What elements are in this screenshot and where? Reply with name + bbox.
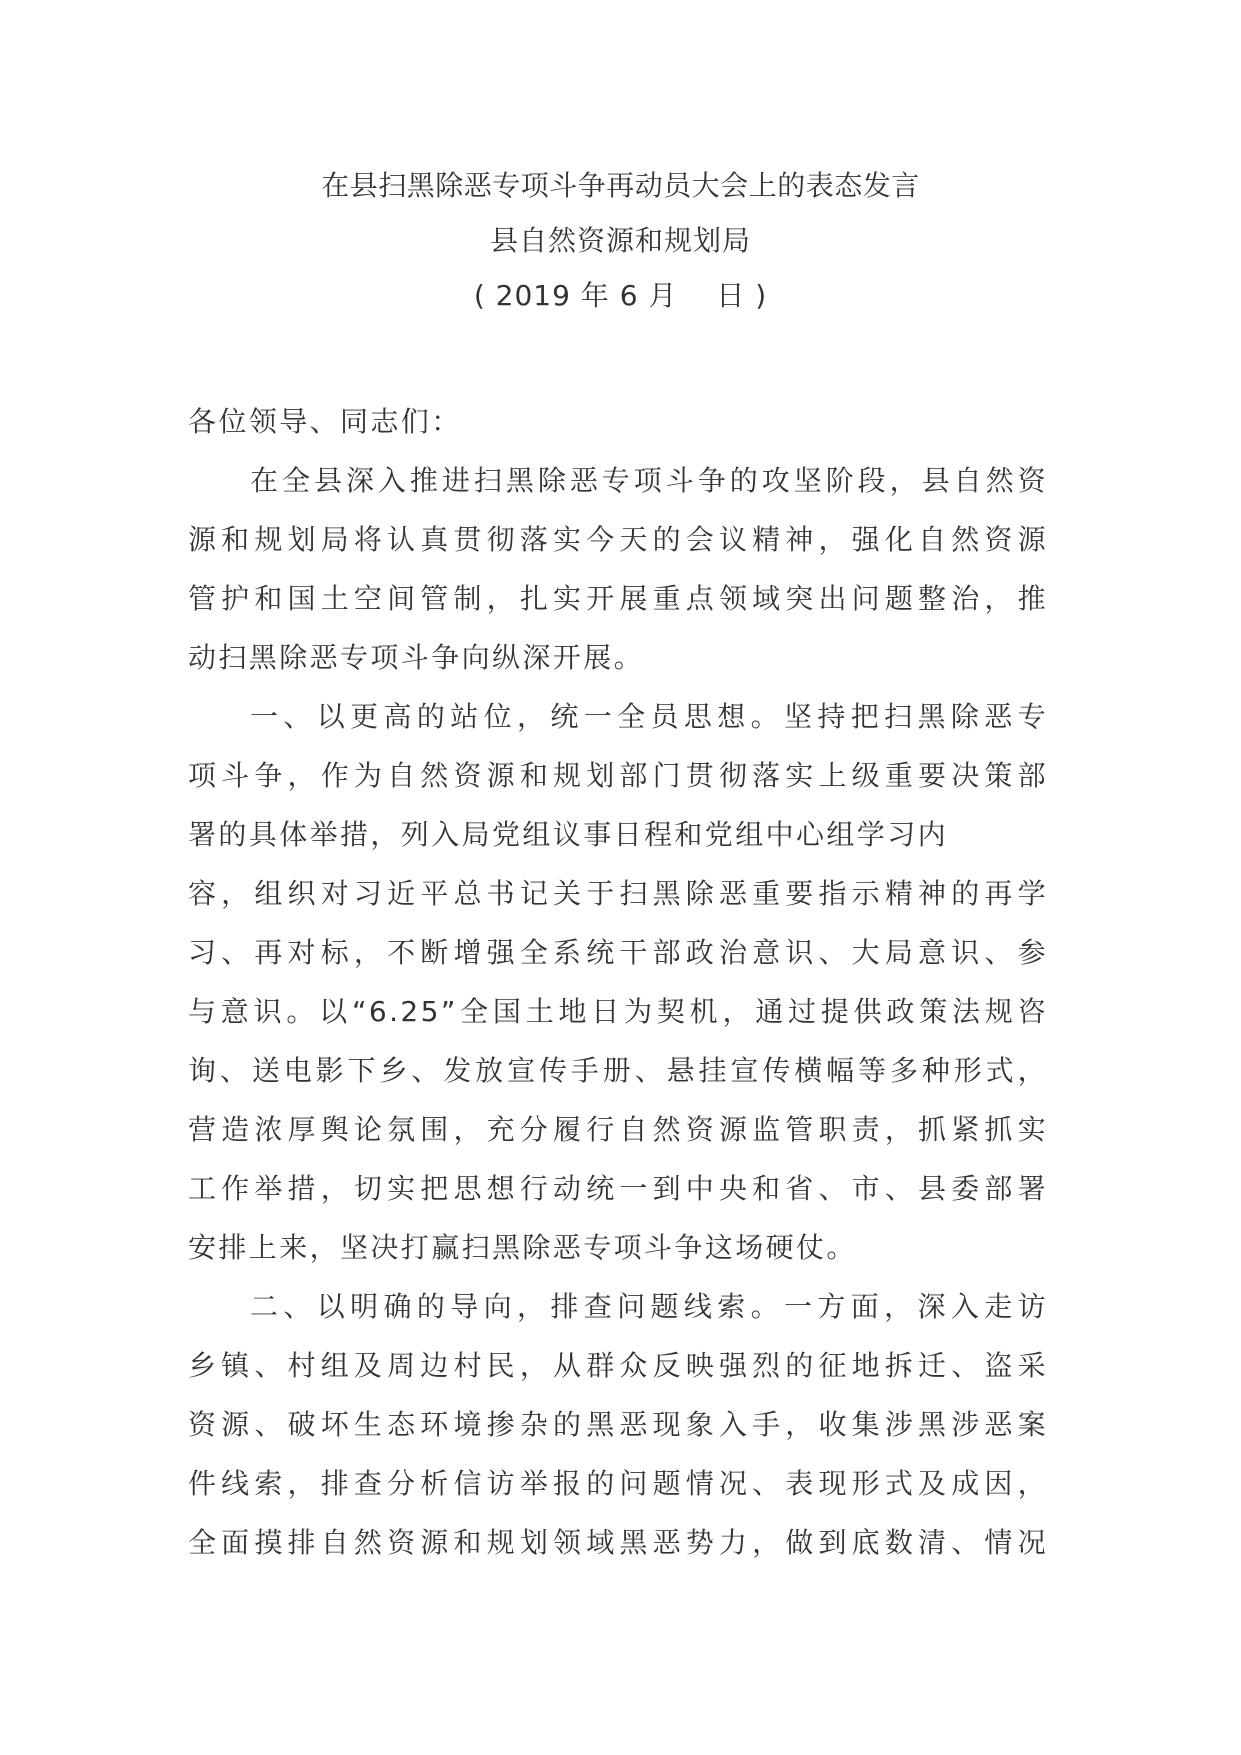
- paragraph-line: 件线索，排查分析信访举报的问题情况、表现形式及成因，: [188, 1454, 1048, 1513]
- speech-body: 各位领导、同志们： 在全县深入推进扫黑除恶专项斗争的攻坚阶段，县自然资源和规划局…: [188, 392, 1058, 1572]
- document-date: ( 2019 年 6 月 日 ): [0, 268, 1241, 323]
- paragraph-line: 询、送电影下乡、发放宣传手册、悬挂宣传横幅等多种形式，: [188, 1041, 1048, 1100]
- paragraph-lines: 在全县深入推进扫黑除恶专项斗争的攻坚阶段，县自然资源和规划局将认真贯彻落实今天的…: [188, 451, 1058, 1572]
- paragraph-first-line: 一、以更高的站位，统一全员思想。坚持把扫黑除恶专: [188, 687, 1048, 746]
- title-block: 在县扫黑除恶专项斗争再动员大会上的表态发言 县自然资源和规划局 ( 2019 年…: [0, 158, 1241, 323]
- document-title: 在县扫黑除恶专项斗争再动员大会上的表态发言: [0, 158, 1241, 213]
- paragraph-line: 项斗争，作为自然资源和规划部门贯彻落实上级重要决策部: [188, 746, 1048, 805]
- paragraph-line: 乡镇、村组及周边村民，从群众反映强烈的征地拆迁、盗采: [188, 1336, 1048, 1395]
- paragraph-line: 习、再对标，不断增强全系统干部政治意识、大局意识、参: [188, 923, 1048, 982]
- paragraph-line: 管护和国土空间管制，扎实开展重点领域突出问题整治，推: [188, 569, 1048, 628]
- organization-name: 县自然资源和规划局: [0, 213, 1241, 268]
- paragraph-line: 营造浓厚舆论氛围，充分履行自然资源监管职责，抓紧抓实: [188, 1100, 1048, 1159]
- paragraph-line: 源和规划局将认真贯彻落实今天的会议精神，强化自然资源: [188, 510, 1048, 569]
- document-page: 在县扫黑除恶专项斗争再动员大会上的表态发言 县自然资源和规划局 ( 2019 年…: [0, 0, 1241, 1755]
- paragraph-line: 与意识。以“6.25”全国土地日为契机，通过提供政策法规咨: [188, 982, 1048, 1041]
- paragraph-line: 全面摸排自然资源和规划领域黑恶势力，做到底数清、情况: [188, 1513, 1048, 1572]
- paragraph-line: 署的具体举措，列入局党组议事日程和党组中心组学习内: [188, 805, 1058, 864]
- paragraph-line: 动扫黑除恶专项斗争向纵深开展。: [188, 628, 1058, 687]
- paragraph-line: 安排上来，坚决打赢扫黑除恶专项斗争这场硬仗。: [188, 1218, 1058, 1277]
- paragraph-first-line: 二、以明确的导向，排查问题线索。一方面，深入走访: [188, 1277, 1048, 1336]
- paragraph-line: 资源、破坏生态环境掺杂的黑恶现象入手，收集涉黑涉恶案: [188, 1395, 1048, 1454]
- salutation: 各位领导、同志们：: [188, 392, 1058, 451]
- paragraph-line: 容，组织对习近平总书记关于扫黑除恶重要指示精神的再学: [188, 864, 1048, 923]
- paragraph-first-line: 在全县深入推进扫黑除恶专项斗争的攻坚阶段，县自然资: [188, 451, 1048, 510]
- paragraph-line: 工作举措，切实把思想行动统一到中央和省、市、县委部署: [188, 1159, 1048, 1218]
